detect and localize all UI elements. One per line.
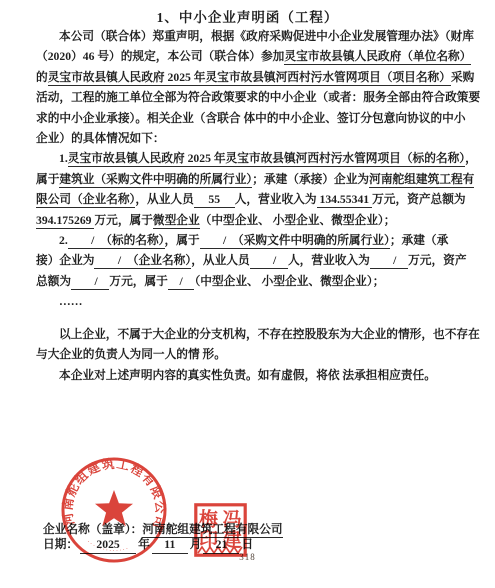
doc-line: 属于建筑业（采购文件中明确的所属行业）；承建（承接）企业为河南舵组建筑工程有 <box>36 170 488 190</box>
filled-blank-text: / <box>250 254 288 269</box>
filled-blank-text: 灵宝市故县镇人民政府 2025 年灵宝市故县镇河西村污水管网项目（项目名称） <box>48 71 451 86</box>
company-name-line: 企业名称（盖章）：河南舵组建筑工程有限公司 <box>43 522 283 537</box>
doc-text: 万元，属于 <box>109 275 167 288</box>
doc-line: 的灵宝市故县镇人民政府 2025 年灵宝市故县镇河西村污水管网项目（项目名称）采… <box>36 68 488 88</box>
doc-text: 万元，属于 <box>94 214 152 227</box>
doc-text: 采购 <box>451 71 474 84</box>
doc-text: ，从业人员 <box>191 254 249 267</box>
doc-text: 本公司（联合体）郑重声明，根据《政府采购促进中小企业发展管理办法》（财库 <box>59 30 474 43</box>
doc-text: 本企业对上述声明内容的真实性负责。如有虚假，将依 法承担相应责任。 <box>59 369 436 382</box>
filled-blank-text: 建筑业（采购文件中明确的所属行业） <box>59 173 252 188</box>
doc-text: 人，营业收入为 <box>288 254 370 267</box>
doc-line: 394.175269 万元，属于微型企业（中型企业、 小型企业、微型企业）； <box>36 211 488 231</box>
date-month-unit: 月 <box>190 538 202 551</box>
document-page: 1、中小企业声明函（工程） 本公司（联合体）郑重声明，根据《政府采购促进中小企业… <box>0 0 495 588</box>
doc-line: 活动，工程的施工单位全部为符合政策要求的中小企业（或者：服务全部由符合政策要 <box>36 88 488 108</box>
doc-line: 2. / （标的名称），属于 / （采购文件中明确的所属行业）；承建（承 <box>36 231 488 251</box>
doc-text: 总额为 <box>36 275 71 288</box>
doc-text: 求的中小企业承接）。相关企业（含联合 体中的中小企业、签订分包意向协议的中小 <box>36 112 466 125</box>
svg-text:河南舵组建筑工程有限公司: 河南舵组建筑工程有限公司 <box>61 457 167 531</box>
star-icon <box>95 490 133 526</box>
doc-text: 万元，资产总额为 <box>372 193 466 206</box>
filled-blank-text: 河南舵组建筑工程有 <box>369 173 474 188</box>
doc-text: 1. <box>59 152 68 165</box>
doc-text: 人，营业收入为 <box>235 193 317 206</box>
doc-text: （中型企业、 小型企业、微型企业）； <box>200 214 396 227</box>
doc-text: ， <box>465 152 477 165</box>
doc-text: 接）企业为 <box>36 254 94 267</box>
doc-line: 求的中小企业承接）。相关企业（含联合 体中的中小企业、签订分包意向协议的中小 <box>36 109 488 129</box>
filled-blank-text: 55 <box>194 193 235 208</box>
filled-blank-text: 微型企业 <box>153 214 200 229</box>
doc-text: 企业）的具体情况如下： <box>36 132 165 145</box>
doc-text: 2. <box>59 234 68 247</box>
filled-blank-text: / <box>71 275 109 290</box>
doc-text: 的 <box>36 71 48 84</box>
filled-blank-text: / <box>370 254 408 269</box>
doc-text: 属于 <box>36 173 59 186</box>
doc-line: 接）企业为 / （企业名称），从业人员 / 人，营业收入为 / 万元，资产 <box>36 251 488 271</box>
doc-text: 以上企业，不属于大企业的分支机构，不存在控股股东为大企业的情形，也不存在 <box>59 328 480 341</box>
filled-blank-text: 灵宝市故县镇人民政府（单位名称） <box>284 50 471 65</box>
doc-line: 本企业对上述声明内容的真实性负责。如有虚假，将依 法承担相应责任。 <box>36 366 488 386</box>
filled-blank-text: 134.55341 <box>317 193 373 208</box>
doc-line: 企业）的具体情况如下： <box>36 129 488 149</box>
filled-blank-text: / <box>168 275 195 290</box>
date-label: 日期： <box>43 538 78 551</box>
filled-blank-text: 394.175269 <box>36 214 94 229</box>
doc-text: 万元，资产 <box>408 254 466 267</box>
filled-blank-text: / （企业名称） <box>94 254 191 269</box>
doc-text: ；承建（承 <box>390 234 448 247</box>
company-name-value: 河南舵组建筑工程有限公司 <box>142 523 282 538</box>
filled-blank-text: / （采购文件中明确的所属行业） <box>200 234 390 249</box>
doc-line: 以上企业，不属于大企业的分支机构，不存在控股股东为大企业的情形，也不存在 <box>36 325 488 345</box>
doc-text: 活动，工程的施工单位全部为符合政策要求的中小企业（或者：服务全部由符合政策要 <box>36 91 480 104</box>
page-number: 318 <box>0 552 495 562</box>
date-year-unit: 年 <box>138 538 150 551</box>
doc-text: 与大企业的负责人为同一人的情 形。 <box>36 348 226 361</box>
doc-text: ；承建（承接）企业为 <box>252 173 369 186</box>
filled-blank-text: 限公司（企业名称） <box>36 193 135 208</box>
doc-line: 本公司（联合体）郑重声明，根据《政府采购促进中小企业发展管理办法》（财库 <box>36 27 488 47</box>
document-lines: 本公司（联合体）郑重声明，根据《政府采购促进中小企业发展管理办法》（财库（202… <box>36 27 488 386</box>
doc-line: 与大企业的负责人为同一人的情 形。 <box>36 345 488 365</box>
doc-text: …… <box>59 295 82 308</box>
round-seal-company-text: 河南舵组建筑工程有限公司 <box>61 457 167 531</box>
signature-block: 企业名称（盖章）：河南舵组建筑工程有限公司 日期：2025年11月21日 <box>43 522 283 554</box>
doc-line: 1.灵宝市故县镇人民政府 2025 年灵宝市故县镇河西村污水管网项目（标的名称）… <box>36 149 488 169</box>
doc-line: （2020）46 号）的规定，本公司（联合体）参加灵宝市故县镇人民政府（单位名称… <box>36 47 488 67</box>
doc-text: （2020）46 号）的规定，本公司（联合体）参加 <box>36 50 284 63</box>
company-name-label: 企业名称（盖章）： <box>43 523 142 536</box>
doc-text: （中型企业、 小型企业、微型企业）； <box>194 275 384 288</box>
doc-line: 总额为 / 万元，属于 / （中型企业、 小型企业、微型企业）； <box>36 272 488 292</box>
doc-text: ，从业人员 <box>135 193 193 206</box>
filled-blank-text: 灵宝市故县镇人民政府 2025 年灵宝市故县镇河西村污水管网项目（标的名称） <box>68 152 465 167</box>
doc-line: …… <box>36 292 488 312</box>
document-title: 1、中小企业声明函（工程） <box>0 6 495 26</box>
doc-text: ，属于 <box>165 234 200 247</box>
doc-line: 限公司（企业名称），从业人员 55 人，营业收入为 134.55341 万元，资… <box>36 190 488 210</box>
filled-blank-text: / （标的名称） <box>68 234 165 249</box>
date-day-unit: 日 <box>241 538 253 551</box>
